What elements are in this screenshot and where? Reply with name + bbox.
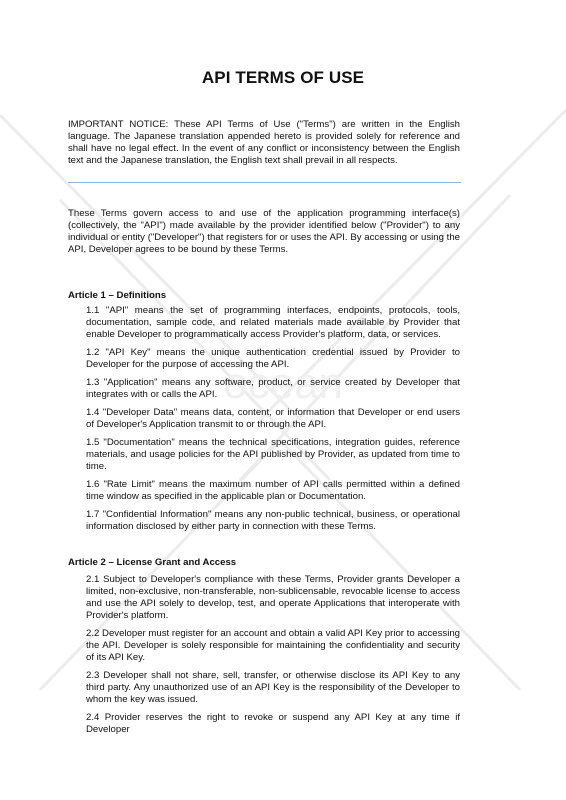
- clause: 1.4 "Developer Data" means data, content…: [86, 407, 460, 431]
- section-divider: [68, 182, 461, 183]
- article-2-clauses: 2.1 Subject to Developer's compliance wi…: [86, 574, 460, 742]
- article-1-heading: Article 1 – Definitions: [68, 290, 166, 301]
- clause: 1.5 "Documentation" means the technical …: [86, 437, 460, 473]
- article-1-clauses: 1.1 "API" means the set of programming i…: [86, 305, 460, 539]
- intro-paragraph: These Terms govern access to and use of …: [68, 208, 460, 256]
- clause: 1.6 "Rate Limit" means the maximum numbe…: [86, 479, 460, 503]
- clause: 1.1 "API" means the set of programming i…: [86, 305, 460, 341]
- clause: 2.1 Subject to Developer's compliance wi…: [86, 574, 460, 622]
- clause: 2.3 Developer shall not share, sell, tra…: [86, 670, 460, 706]
- clause: 2.4 Provider reserves the right to revok…: [86, 712, 460, 736]
- clause: 1.3 "Application" means any software, pr…: [86, 377, 460, 401]
- clause: 1.2 "API Key" means the unique authentic…: [86, 347, 460, 371]
- page-title: API TERMS OF USE: [0, 68, 566, 88]
- important-notice: IMPORTANT NOTICE: These API Terms of Use…: [68, 119, 460, 167]
- clause: 2.2 Developer must register for an accou…: [86, 628, 460, 664]
- clause: 1.7 "Confidential Information" means any…: [86, 509, 460, 533]
- article-2-heading: Article 2 – License Grant and Access: [68, 557, 236, 568]
- document-page: ocean API TERMS OF USE IMPORTANT NOTICE:…: [0, 0, 566, 800]
